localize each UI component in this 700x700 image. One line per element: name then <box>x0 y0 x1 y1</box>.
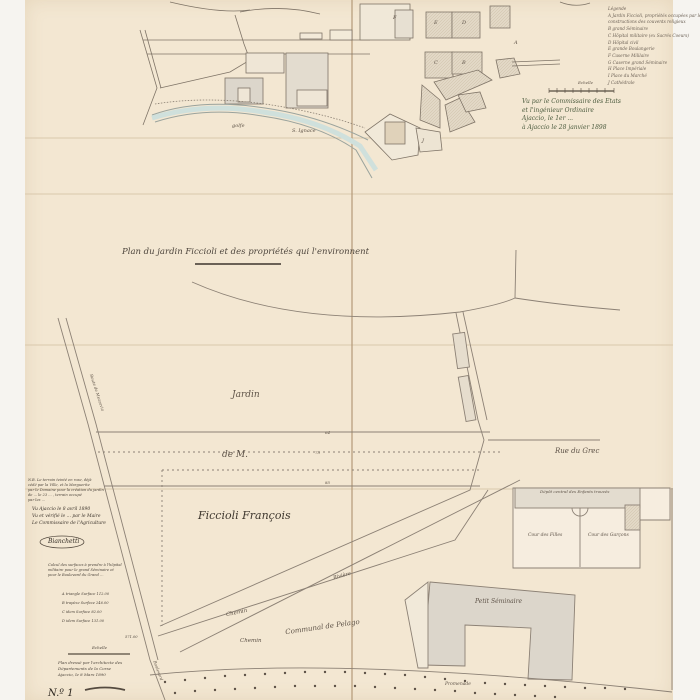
plan-title: Plan du jardin Ficcioli et des propriété… <box>122 247 369 257</box>
left-scale-label: Echelle <box>92 645 107 650</box>
top-map <box>140 2 614 178</box>
legend-item: I Place du Marché <box>608 73 700 80</box>
approval-note: Vu par le Commissaire des Etats et l'ing… <box>522 98 621 132</box>
label-de-m: de M. <box>222 450 248 460</box>
calc-row: D idem Surface 131.00 <box>62 617 109 626</box>
distance-mark: 64 <box>325 430 330 435</box>
calc-heading: Calcul des surfaces à prendre à l'hôpita… <box>48 563 122 578</box>
label-petit-seminaire: Petit Séminaire <box>475 598 522 605</box>
calc-table: A triangle Surface 112.00 B trapèze Surf… <box>62 590 109 626</box>
label-cour-garcons: Cour des Garçons <box>588 533 629 538</box>
top-scale-label: Echelle <box>578 80 593 85</box>
parcel-label-d: D <box>462 20 466 26</box>
note-approval-left: Vu Ajaccio le 8 avril 1890 Vu et vérifié… <box>32 506 106 527</box>
parcel-label-b: B <box>462 60 466 66</box>
label-rue-du-grec: Rue du Grec <box>555 447 599 455</box>
note-bottom: Plan dressé par l'architecte des Départe… <box>58 660 122 678</box>
label-depot-enfants: Dépôt central des Enfants trouvés <box>540 489 609 494</box>
note-nb: N.B. Le terrain teinté en rose, déjà céd… <box>28 478 104 503</box>
legend-item: A Jardin Ficcioli, propriétés occupées p… <box>608 13 700 20</box>
parcel-label-c: C <box>434 60 438 66</box>
legend-item: D Hôpital civil <box>608 40 700 47</box>
legend-item: constructions des couvents religieux <box>608 19 700 26</box>
legend-item: B grand Séminaire <box>608 26 700 33</box>
legend-item: G Caserne grand Séminaire <box>608 60 700 67</box>
sheet-number: N.º 1 <box>48 688 74 699</box>
parcel-label-a: A <box>514 40 518 46</box>
label-promenade: Promenade <box>445 682 471 687</box>
legend-item: F Caserne Mililaire <box>608 53 700 60</box>
legend-item: C Hôpital militaire (ex Sacrés Coeurs) <box>608 33 700 40</box>
calc-total: 571.00 <box>125 635 138 639</box>
legend-item: J Cathédrale <box>608 80 700 87</box>
legend: Légende A Jardin Ficcioli, propriétés oc… <box>608 6 700 86</box>
label-jardin: Jardin <box>232 390 260 400</box>
label-chemin-lower: Chemin <box>240 638 262 644</box>
calc-row: B trapèze Surface 246.00 <box>62 599 109 608</box>
distance-mark: 75 <box>315 450 320 455</box>
river-label-golfe: golfe <box>232 123 245 129</box>
legend-heading: Légende <box>608 6 700 13</box>
signature: Bianchetti <box>48 538 79 545</box>
distance-mark: 85 <box>325 480 330 485</box>
main-plan <box>58 250 672 700</box>
river-label-ignace: S. Ignace <box>292 128 316 134</box>
parcel-label-j: J <box>422 138 424 144</box>
parcel-label-f: F <box>393 15 396 21</box>
legend-item: E grande Boulangerie <box>608 46 700 53</box>
parcel-label-e: E <box>434 20 438 26</box>
legend-item: H Place Impériale <box>608 66 700 73</box>
calc-row: C idem Surface 82.00 <box>62 608 109 617</box>
label-cour-filles: Cour des Filles <box>528 533 562 538</box>
label-owner: Ficcioli François <box>198 509 291 522</box>
calc-row: A triangle Surface 112.00 <box>62 590 109 599</box>
